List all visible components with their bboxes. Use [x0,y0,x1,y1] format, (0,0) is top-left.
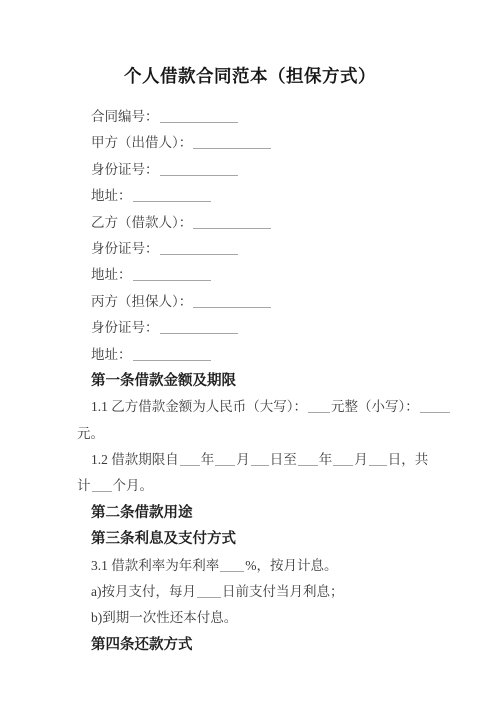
party-c-address-line-text: 地址： [91,347,132,362]
party-c-id-line-blank-underline [160,321,238,334]
party-b-address-line-blank-underline [133,268,211,281]
party-a-address-line-text: 地址： [91,188,132,203]
clause-3-1-line-text: %，按月计息。 [245,558,337,573]
party-b-line: 乙方（借款人）： [77,210,440,236]
clause-1-2-line: 1.2 借款期限自年月日至年月日，共 [77,447,440,473]
clause-3-1a-line-text: 日前支付当月利息； [222,584,344,599]
party-a-line-text: 甲方（出借人）： [91,135,192,150]
party-b-line-text: 乙方（借款人）： [91,215,192,230]
party-a-address-line-blank-underline [133,189,211,202]
clause-1-heading-text: 第一条借款金额及期限 [91,373,236,389]
party-a-id-line: 身份证号： [77,157,440,183]
clause-1-2-line-blank-underline [333,453,353,466]
clause-1-2-line-blank-underline [251,453,269,466]
contract-number-line: 合同编号： [77,104,440,130]
party-c-address-line-blank-underline [133,348,211,361]
party-b-id-line-blank-underline [160,242,238,255]
clause-1-2-cont-line-text: 个月。 [113,478,154,493]
clause-1-1-line-blank-underline [308,400,330,413]
clause-1-2-line-blank-underline [369,453,387,466]
clause-1-2-line-text: 1.2 借款期限自 [91,452,179,467]
clause-4-heading-text: 第四条还款方式 [91,637,193,653]
clause-3-heading-text: 第三条利息及支付方式 [91,531,236,547]
clause-1-1-line-blank-underline [420,400,450,413]
party-b-id-line: 身份证号： [77,236,440,262]
clause-4-heading: 第四条还款方式 [77,632,440,658]
contract-document-page: 个人借款合同范本（担保方式） 合同编号：甲方（出借人）：身份证号：地址：乙方（借… [0,0,500,707]
clause-3-1-line-blank-underline [220,559,244,572]
party-c-id-line-text: 身份证号： [91,320,159,335]
clause-1-2-line-text: 年 [201,452,215,467]
clause-1-2-line-blank-underline [215,453,235,466]
clause-1-1-line-text: 1.1 乙方借款金额为人民币（大写）： [91,399,307,414]
clause-1-2-cont-line-blank-underline [92,479,112,492]
party-a-line: 甲方（出借人）： [77,130,440,156]
party-c-line-text: 丙方（担保人）： [91,294,192,309]
clause-1-2-line-text: 月 [236,452,250,467]
party-a-address-line: 地址： [77,183,440,209]
party-c-line: 丙方（担保人）： [77,289,440,315]
contract-number-line-text: 合同编号： [91,109,159,124]
clause-3-1b-line: b)到期一次性还本付息。 [77,605,440,631]
clause-1-2-cont-line: 计个月。 [77,473,440,499]
party-b-address-line: 地址： [77,262,440,288]
clause-1-1-line: 1.1 乙方借款金额为人民币（大写）：元整（小写）： [77,394,440,420]
party-c-address-line: 地址： [77,342,440,368]
party-b-address-line-text: 地址： [91,267,132,282]
party-b-line-blank-underline [193,216,271,229]
clause-3-1a-line: a)按月支付，每月日前支付当月利息； [77,579,440,605]
clause-1-2-line-text: 日，共 [388,452,429,467]
document-title: 个人借款合同范本（担保方式） [0,0,500,90]
clause-3-1b-line-text: b)到期一次性还本付息。 [91,610,237,625]
party-b-id-line-text: 身份证号： [91,241,159,256]
document-body: 合同编号：甲方（出借人）：身份证号：地址：乙方（借款人）：身份证号：地址：丙方（… [0,104,500,658]
contract-number-line-blank-underline [160,110,238,123]
clause-1-2-line-text: 日至 [270,452,297,467]
clause-3-1-line: 3.1 借款利率为年利率%，按月计息。 [77,553,440,579]
clause-2-heading-text: 第二条借款用途 [91,505,193,521]
party-a-id-line-blank-underline [160,163,238,176]
clause-3-heading: 第三条利息及支付方式 [77,526,440,552]
clause-1-2-line-text: 年 [319,452,333,467]
clause-1-2-cont-line-text: 计 [77,478,91,493]
clause-1-2-line-blank-underline [298,453,318,466]
clause-1-2-line-text: 月 [354,452,368,467]
clause-3-1-line-text: 3.1 借款利率为年利率 [91,558,219,573]
party-a-id-line-text: 身份证号： [91,162,159,177]
party-a-line-blank-underline [193,136,271,149]
clause-1-1-cont-line: 元。 [77,421,440,447]
clause-3-1a-line-text: a)按月支付，每月 [91,584,196,599]
party-c-line-blank-underline [193,295,271,308]
clause-2-heading: 第二条借款用途 [77,500,440,526]
party-c-id-line: 身份证号： [77,315,440,341]
clause-1-2-line-blank-underline [180,453,200,466]
clause-1-1-line-text: 元整（小写）： [331,399,419,414]
clause-1-heading: 第一条借款金额及期限 [77,368,440,394]
clause-1-1-cont-line-text: 元。 [77,426,104,441]
clause-3-1a-line-blank-underline [197,585,221,598]
